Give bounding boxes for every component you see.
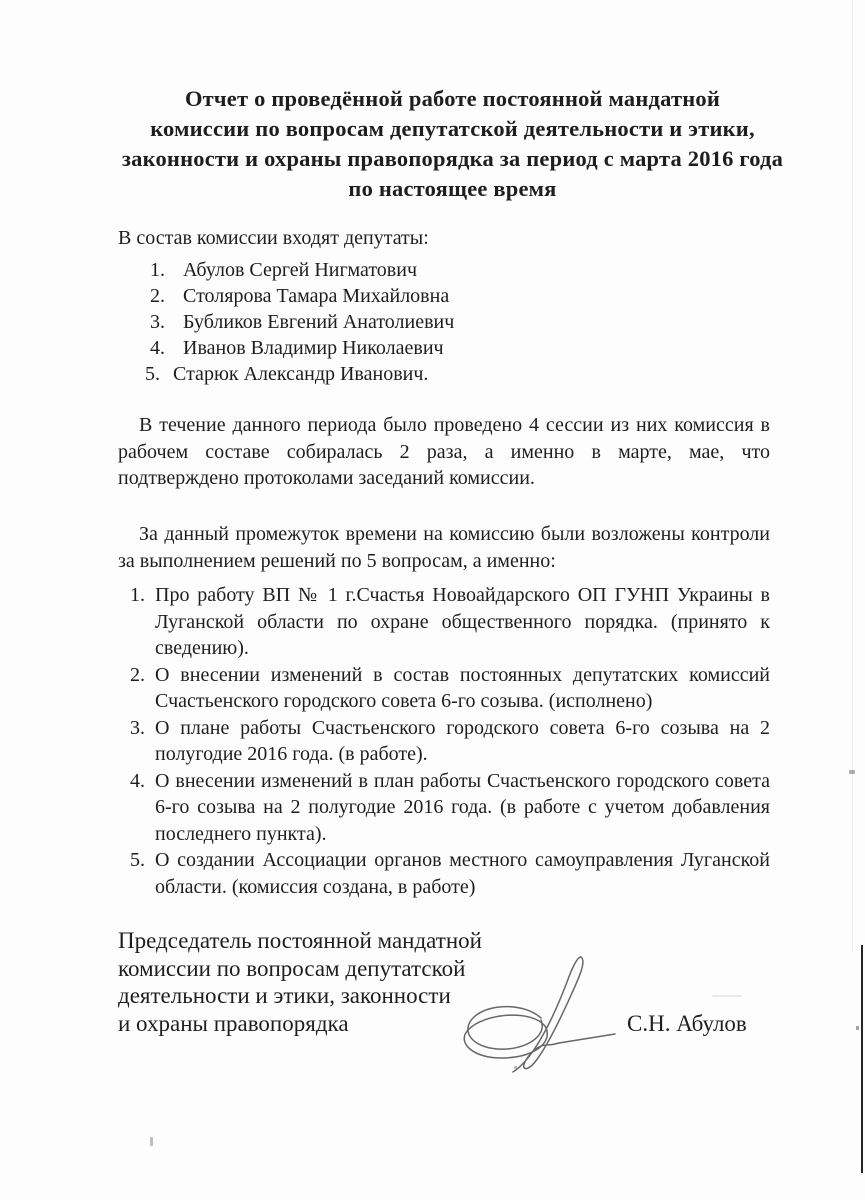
member-number: 4. xyxy=(150,335,183,361)
members-list: 1. Абулов Сергей Нигматович 2. Столярова… xyxy=(150,257,670,387)
control-paragraph: За данный промежуток времени на комиссию… xyxy=(118,521,770,574)
intro-text: В состав комиссии входят депутаты: xyxy=(118,227,429,250)
question-number: 4. xyxy=(130,768,155,848)
question-item: 4. О внесении изменений в план работы Сч… xyxy=(130,768,770,848)
member-item: 2. Столярова Тамара Михайловна xyxy=(150,283,670,309)
question-number: 5. xyxy=(130,847,155,900)
member-name: Бубликов Евгений Анатолиевич xyxy=(183,309,454,335)
scan-edge-dark-line xyxy=(861,945,863,1173)
scan-edge-faint-line xyxy=(852,0,853,950)
question-text: О плане работы Счастьенского городского … xyxy=(155,715,770,768)
question-text: О внесении изменений в план работы Счаст… xyxy=(155,768,770,848)
question-item: 2. О внесении изменений в состав постоян… xyxy=(130,662,770,715)
scan-speck xyxy=(712,995,742,997)
title-line: комиссии по вопросам депутатской деятель… xyxy=(100,114,805,144)
question-number: 3. xyxy=(130,715,155,768)
question-number: 1. xyxy=(130,582,155,662)
member-name: Старюк Александр Иванович. xyxy=(173,361,428,387)
question-item: 1. Про работу ВП № 1 г.Счастья Новоайдар… xyxy=(130,582,770,662)
member-name: Столярова Тамара Михайловна xyxy=(183,283,449,309)
scan-speck xyxy=(849,770,855,774)
member-number: 2. xyxy=(150,283,183,309)
member-item: 5. Старюк Александр Иванович. xyxy=(145,361,670,387)
member-item: 4. Иванов Владимир Николаевич xyxy=(150,335,670,361)
question-text: О внесении изменений в состав постоянных… xyxy=(155,662,770,715)
member-item: 3. Бубликов Евгений Анатолиевич xyxy=(150,309,670,335)
scan-speck xyxy=(150,1137,153,1146)
sessions-paragraph: В течение данного периода было проведено… xyxy=(118,412,770,492)
title-line: по настоящее время xyxy=(100,174,805,204)
question-item: 3. О плане работы Счастьенского городско… xyxy=(130,715,770,768)
scanned-document-page: Отчет о проведённой работе постоянной ма… xyxy=(0,0,865,1200)
scan-speck xyxy=(514,1066,517,1069)
scan-speck xyxy=(856,1026,859,1030)
question-text: О создании Ассоциации органов местного с… xyxy=(155,847,770,900)
member-number: 5. xyxy=(145,361,173,387)
handwritten-signature-scribble xyxy=(455,948,620,1076)
member-item: 1. Абулов Сергей Нигматович xyxy=(150,257,670,283)
questions-list: 1. Про работу ВП № 1 г.Счастья Новоайдар… xyxy=(130,582,770,900)
document-title: Отчет о проведённой работе постоянной ма… xyxy=(100,84,805,204)
member-number: 1. xyxy=(150,257,183,283)
question-number: 2. xyxy=(130,662,155,715)
title-line: законности и охраны правопорядка за пери… xyxy=(100,144,805,174)
signer-name: С.Н. Абулов xyxy=(627,1011,747,1037)
member-number: 3. xyxy=(150,309,183,335)
member-name: Абулов Сергей Нигматович xyxy=(183,257,417,283)
question-item: 5. О создании Ассоциации органов местног… xyxy=(130,847,770,900)
title-line: Отчет о проведённой работе постоянной ма… xyxy=(100,84,805,114)
question-text: Про работу ВП № 1 г.Счастья Новоайдарско… xyxy=(155,582,770,662)
member-name: Иванов Владимир Николаевич xyxy=(183,335,444,361)
